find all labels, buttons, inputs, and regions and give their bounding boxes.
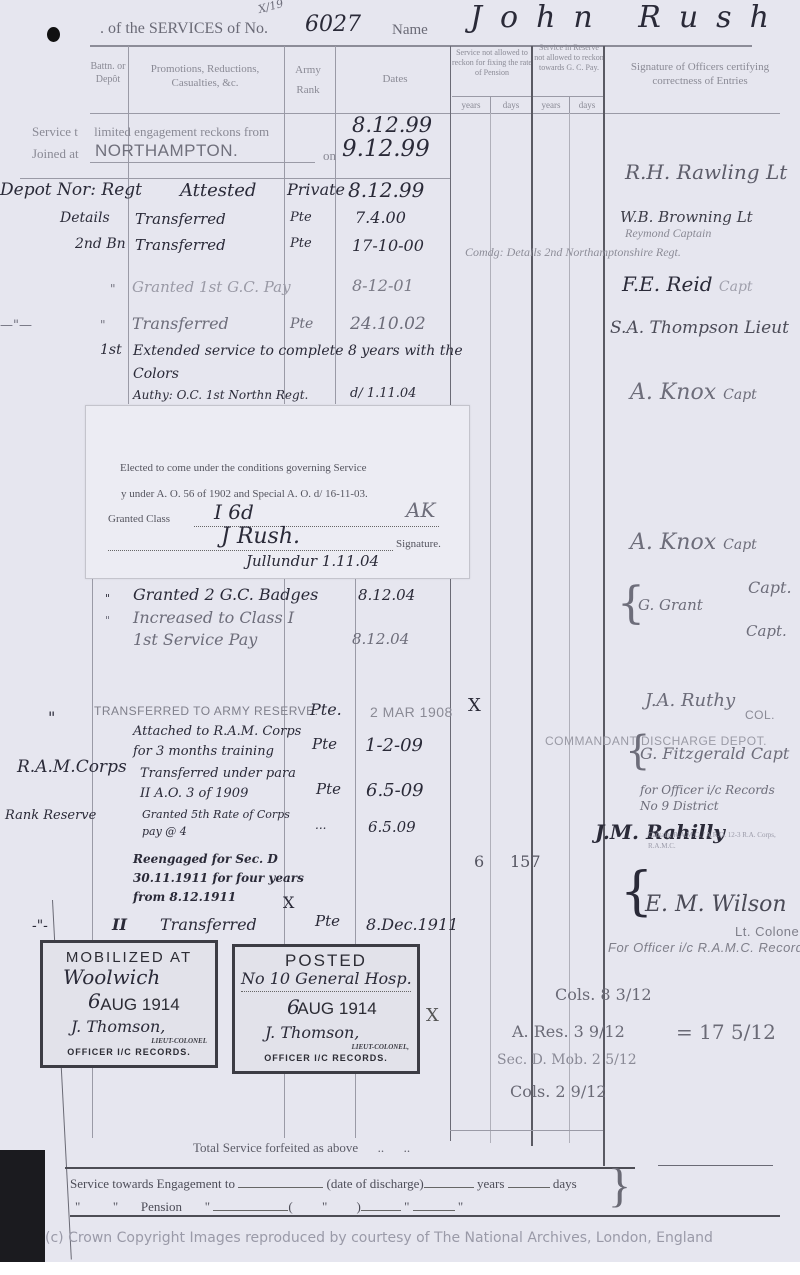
- signature-blank-rule: [658, 1165, 773, 1166]
- entry2-date-3: 8.12.04: [352, 630, 409, 648]
- entry3-corps-2: R.A.M.Corps: [17, 757, 127, 777]
- entry2-event-1: Granted 2 G.C. Badges: [133, 585, 318, 604]
- joined-on-label: on: [323, 148, 336, 164]
- entry3-rank-2: Pte: [316, 780, 341, 798]
- entry3-event-2: Transferred under para II A.O. 3 of 1909: [140, 764, 305, 804]
- signature-knox-2: A. Knox Capt: [630, 530, 757, 555]
- entry-rank-3: Pte: [290, 236, 312, 251]
- entry-date-2: 7.4.00: [355, 208, 406, 227]
- entry-event-7: Authy: O.C. 1st Northn Regt.: [133, 388, 308, 402]
- posted-signature: J. Thomson,: [265, 1023, 359, 1042]
- entry3-date-3: 6.5.09: [368, 818, 416, 836]
- entry-date-1: 8.12.99: [348, 178, 424, 202]
- mobilized-signature: J. Thomson,: [71, 1017, 165, 1036]
- total-forfeited-label: Total Service forfeited as above .. ..: [193, 1140, 410, 1156]
- posted-dotline: [241, 991, 411, 992]
- entry-corps-4: ": [110, 282, 116, 296]
- col-header-signature: Signature of Officers certifying correct…: [620, 60, 780, 88]
- signature-lt-colonel: Lt. Colonel: [735, 924, 800, 939]
- signature-for-officer-records: for Officer i/c Records No 9 District: [640, 782, 790, 814]
- entry-date-3: 17-10-00: [352, 236, 424, 255]
- entry-rank-5: Pte: [290, 316, 313, 332]
- entry-corps-1: Depot Nor: Regt: [0, 180, 142, 200]
- posted-title: POSTED: [235, 951, 417, 971]
- reserve-reckon-days: 157: [510, 852, 541, 871]
- entry-corps-6: 1st: [100, 342, 122, 358]
- entry3-corps-3: Rank Reserve: [5, 808, 96, 823]
- slip-initials: AK: [406, 498, 435, 522]
- pension-days-blank: [413, 1198, 455, 1211]
- entry-rank-1: Private: [287, 180, 345, 199]
- entry2-corps-2: ": [105, 614, 110, 627]
- posted-rank: LIEUT-COLONEL,: [352, 1043, 410, 1051]
- mobilized-office: OFFICER I/C RECORDS.: [43, 1047, 215, 1057]
- entry3-mark-4: X: [283, 893, 294, 912]
- col-header-dates: Dates: [340, 72, 450, 86]
- joined-at-label: Joined at: [32, 146, 79, 162]
- corner-annotation: X/19: [257, 0, 285, 16]
- entry3-corps-5-ditto: -"-: [32, 918, 48, 934]
- entry-event-2: Transferred: [135, 210, 226, 228]
- entry-event-4: Granted 1st G.C. Pay: [132, 278, 291, 296]
- joined-place-underline: [90, 162, 315, 163]
- signature-ramc-captain-stamp: Captain, R.A.M.C. / A.R.O. 12-3 R.A. Cor…: [648, 830, 798, 852]
- posted-date: AUG 1914: [257, 999, 417, 1019]
- header-bottom-rule: [90, 113, 780, 114]
- signature-capt-title: Capt.: [748, 578, 792, 597]
- col-header-pension: Service not allowed to reckon for fixing…: [452, 48, 532, 78]
- engagement-blank: [238, 1175, 323, 1188]
- signature-wilson: E. M. Wilson: [645, 892, 787, 917]
- entry3-event-3: Granted 5th Rate of Corps pay @ 4: [142, 806, 302, 840]
- slip-line-1: Elected to come under the conditions gov…: [120, 462, 367, 474]
- header-top-rule: [90, 45, 752, 47]
- signature-thompson: S.A. Thompson Lieut: [610, 318, 789, 338]
- col-header-years-2: years: [534, 100, 568, 110]
- entry2-date-1: 8.12.04: [358, 586, 415, 604]
- days-blank: [508, 1175, 550, 1188]
- mobilized-stamp: MOBILIZED AT Woolwich 6 AUG 1914 J. Thom…: [40, 940, 218, 1068]
- total-sec-d-mob: Sec. D. Mob. 2 5/12: [497, 1052, 637, 1068]
- col-header-days-2: days: [570, 100, 604, 110]
- entry3-rank-5: Pte: [315, 912, 340, 930]
- years-days-rule: [452, 96, 604, 97]
- years-blank: [424, 1175, 474, 1188]
- mobilized-title: MOBILIZED AT: [43, 949, 215, 966]
- pension-years-blank: [361, 1198, 401, 1211]
- joined-place-stamp: NORTHAMPTON.: [95, 141, 238, 161]
- pasted-election-slip: Elected to come under the conditions gov…: [85, 405, 470, 579]
- col-rule-years1: [490, 113, 491, 1143]
- totals-rule: [450, 1130, 603, 1131]
- entry2-corps-1: ": [105, 592, 110, 605]
- entry-date-5: 24.10.02: [350, 314, 426, 334]
- entry3-rank-3: ...: [315, 818, 326, 832]
- signature-rawling: R.H. Rawling Lt: [625, 160, 787, 184]
- slip-signature-label: Signature.: [396, 538, 441, 550]
- col-rule-dates: [450, 46, 451, 1141]
- mobilized-place: Woolwich: [63, 965, 160, 989]
- posted-office: OFFICER I/C RECORDS.: [235, 1053, 417, 1063]
- entry3-corps-5: II: [112, 915, 127, 934]
- mobilized-date: AUG 1914: [65, 995, 215, 1015]
- total-colors-2: Cols. 2 9/12: [510, 1082, 607, 1101]
- reserve-date: 2 MAR 1908: [370, 704, 453, 720]
- entry-event-1: Attested: [180, 180, 256, 201]
- signature-browning: W.B. Browning Lt: [620, 208, 753, 226]
- soldier-name: John Rush: [470, 0, 787, 35]
- signature-ruthy: J.A. Ruthy: [645, 690, 735, 711]
- col-header-corps: Battn. or Depôt: [88, 60, 128, 86]
- entry3-date-1: 1-2-09: [365, 735, 423, 756]
- joined-date: 9.12.99: [342, 136, 430, 162]
- service-record-page: X/19 . of the SERVICES of No. 6027 Name …: [0, 0, 800, 1262]
- copyright-notice: (c) Crown Copyright Images reproduced by…: [45, 1230, 713, 1246]
- reserve-reckon-years: 6: [474, 852, 484, 871]
- entry-date-4: 8-12-01: [352, 276, 414, 295]
- slip-place-date: Jullundur 1.11.04: [246, 552, 379, 570]
- reserve-ditto: ": [48, 708, 55, 727]
- entry3-event-1: Attached to R.A.M. Corps for 3 months tr…: [133, 722, 303, 762]
- total-colors-1: Cols. 8 3/12: [555, 985, 652, 1004]
- entry-event-6: Extended service to complete 8 years wit…: [133, 340, 463, 386]
- punch-hole: [47, 27, 60, 42]
- comdg-details-stamp: Comdg: Details 2nd Northamptonshire Regt…: [465, 245, 681, 260]
- form-bottom-rule: [70, 1215, 780, 1217]
- col-rule-pension: [531, 46, 533, 1146]
- slip-granted-value: I 6d: [214, 500, 254, 524]
- reserve-mark: X: [468, 695, 481, 716]
- years-days-divider-2: [569, 96, 570, 113]
- pension-blank: [213, 1198, 288, 1211]
- total-equals: = 17 5/12: [676, 1020, 776, 1044]
- slip-signature: J Rush.: [221, 524, 300, 549]
- signature-reymond-captain: Reymond Captain: [625, 226, 711, 241]
- reserve-stamp: TRANSFERRED TO ARMY RESERVE.: [94, 704, 319, 718]
- reserve-rank: Pte.: [310, 700, 342, 719]
- signature-reid: F.E. Reid Capt: [622, 272, 753, 296]
- signature-fitzgerald: G. Fitzgerald Capt: [640, 744, 789, 763]
- signature-grant-title: Capt.: [746, 622, 787, 640]
- entry3-event-4: Reengaged for Sec. D 30.11.1911 for four…: [133, 850, 308, 907]
- years-days-divider-1: [490, 96, 491, 113]
- footer-brace: }: [608, 1158, 631, 1213]
- signature-col: COL.: [745, 708, 775, 722]
- entry3-date-5: 8.Dec.1911: [366, 915, 458, 934]
- entry3-date-2: 6.5-09: [366, 780, 424, 801]
- entry-rank-2: Pte: [290, 210, 312, 225]
- col-header-years-1: years: [452, 100, 490, 110]
- scan-dark-edge: [0, 1150, 45, 1262]
- total-army-reserve: A. Res. 3 9/12: [512, 1022, 625, 1041]
- posted-place: No 10 General Hosp.: [241, 969, 412, 988]
- slip-granted-label: Granted Class: [108, 513, 170, 525]
- entry-corps-5-ditto: —"—: [0, 318, 32, 333]
- entry-corps-2: Details: [60, 210, 110, 226]
- entry2-event-2: Increased to Class I: [133, 608, 294, 627]
- entry3-event-5: Transferred: [160, 915, 257, 934]
- entry-corps-3: 2nd Bn: [75, 236, 126, 252]
- pension-line: " " Pension " ( " ) " ": [75, 1198, 463, 1215]
- col-header-days-1: days: [492, 100, 530, 110]
- entry-event-5: Transferred: [132, 314, 229, 333]
- col-rule-corps: [128, 46, 129, 404]
- entry3-rank-1: Pte: [312, 735, 337, 753]
- engagement-reckons-label: Service t limited engagement reckons fro…: [32, 124, 269, 140]
- col-header-gc-pay: Service in Reserve not allowed to reckon…: [534, 43, 604, 73]
- engagement-reckons-date: 8.12.99: [352, 113, 432, 137]
- mobilized-rank: LIEUT-COLONEL: [151, 1037, 207, 1045]
- entry-corps-5: ": [100, 318, 106, 332]
- slip-line-2: y under A. O. 56 of 1902 and Special A. …: [121, 488, 368, 500]
- signature-knox-1: A. Knox Capt: [630, 380, 757, 405]
- posted-stamp: POSTED No 10 General Hosp. 6 AUG 1914 J.…: [232, 944, 420, 1074]
- slip-signature-dotline: [108, 550, 393, 551]
- posted-mark: X: [426, 1005, 439, 1026]
- signature-grant: G. Grant: [638, 596, 703, 614]
- service-number: 6027: [305, 12, 361, 37]
- entry-date-7: d/ 1.11.04: [350, 386, 416, 401]
- col-header-rank: Army Rank: [288, 60, 328, 100]
- entry-event-3: Transferred: [135, 236, 226, 254]
- for-officer-ramc-records-stamp: For Officer i/c R.A.M.C. Records: [608, 940, 800, 955]
- engagement-line: Service towards Engagement to (date of d…: [70, 1175, 577, 1192]
- name-label: Name: [392, 22, 428, 39]
- forfeited-bottom-rule: [65, 1167, 635, 1169]
- entry2-event-3: 1st Service Pay: [133, 630, 257, 649]
- record-header-prefix: . of the SERVICES of No.: [100, 20, 268, 38]
- col-header-promotions: Promotions, Reductions, Casualties, &c.: [130, 62, 280, 90]
